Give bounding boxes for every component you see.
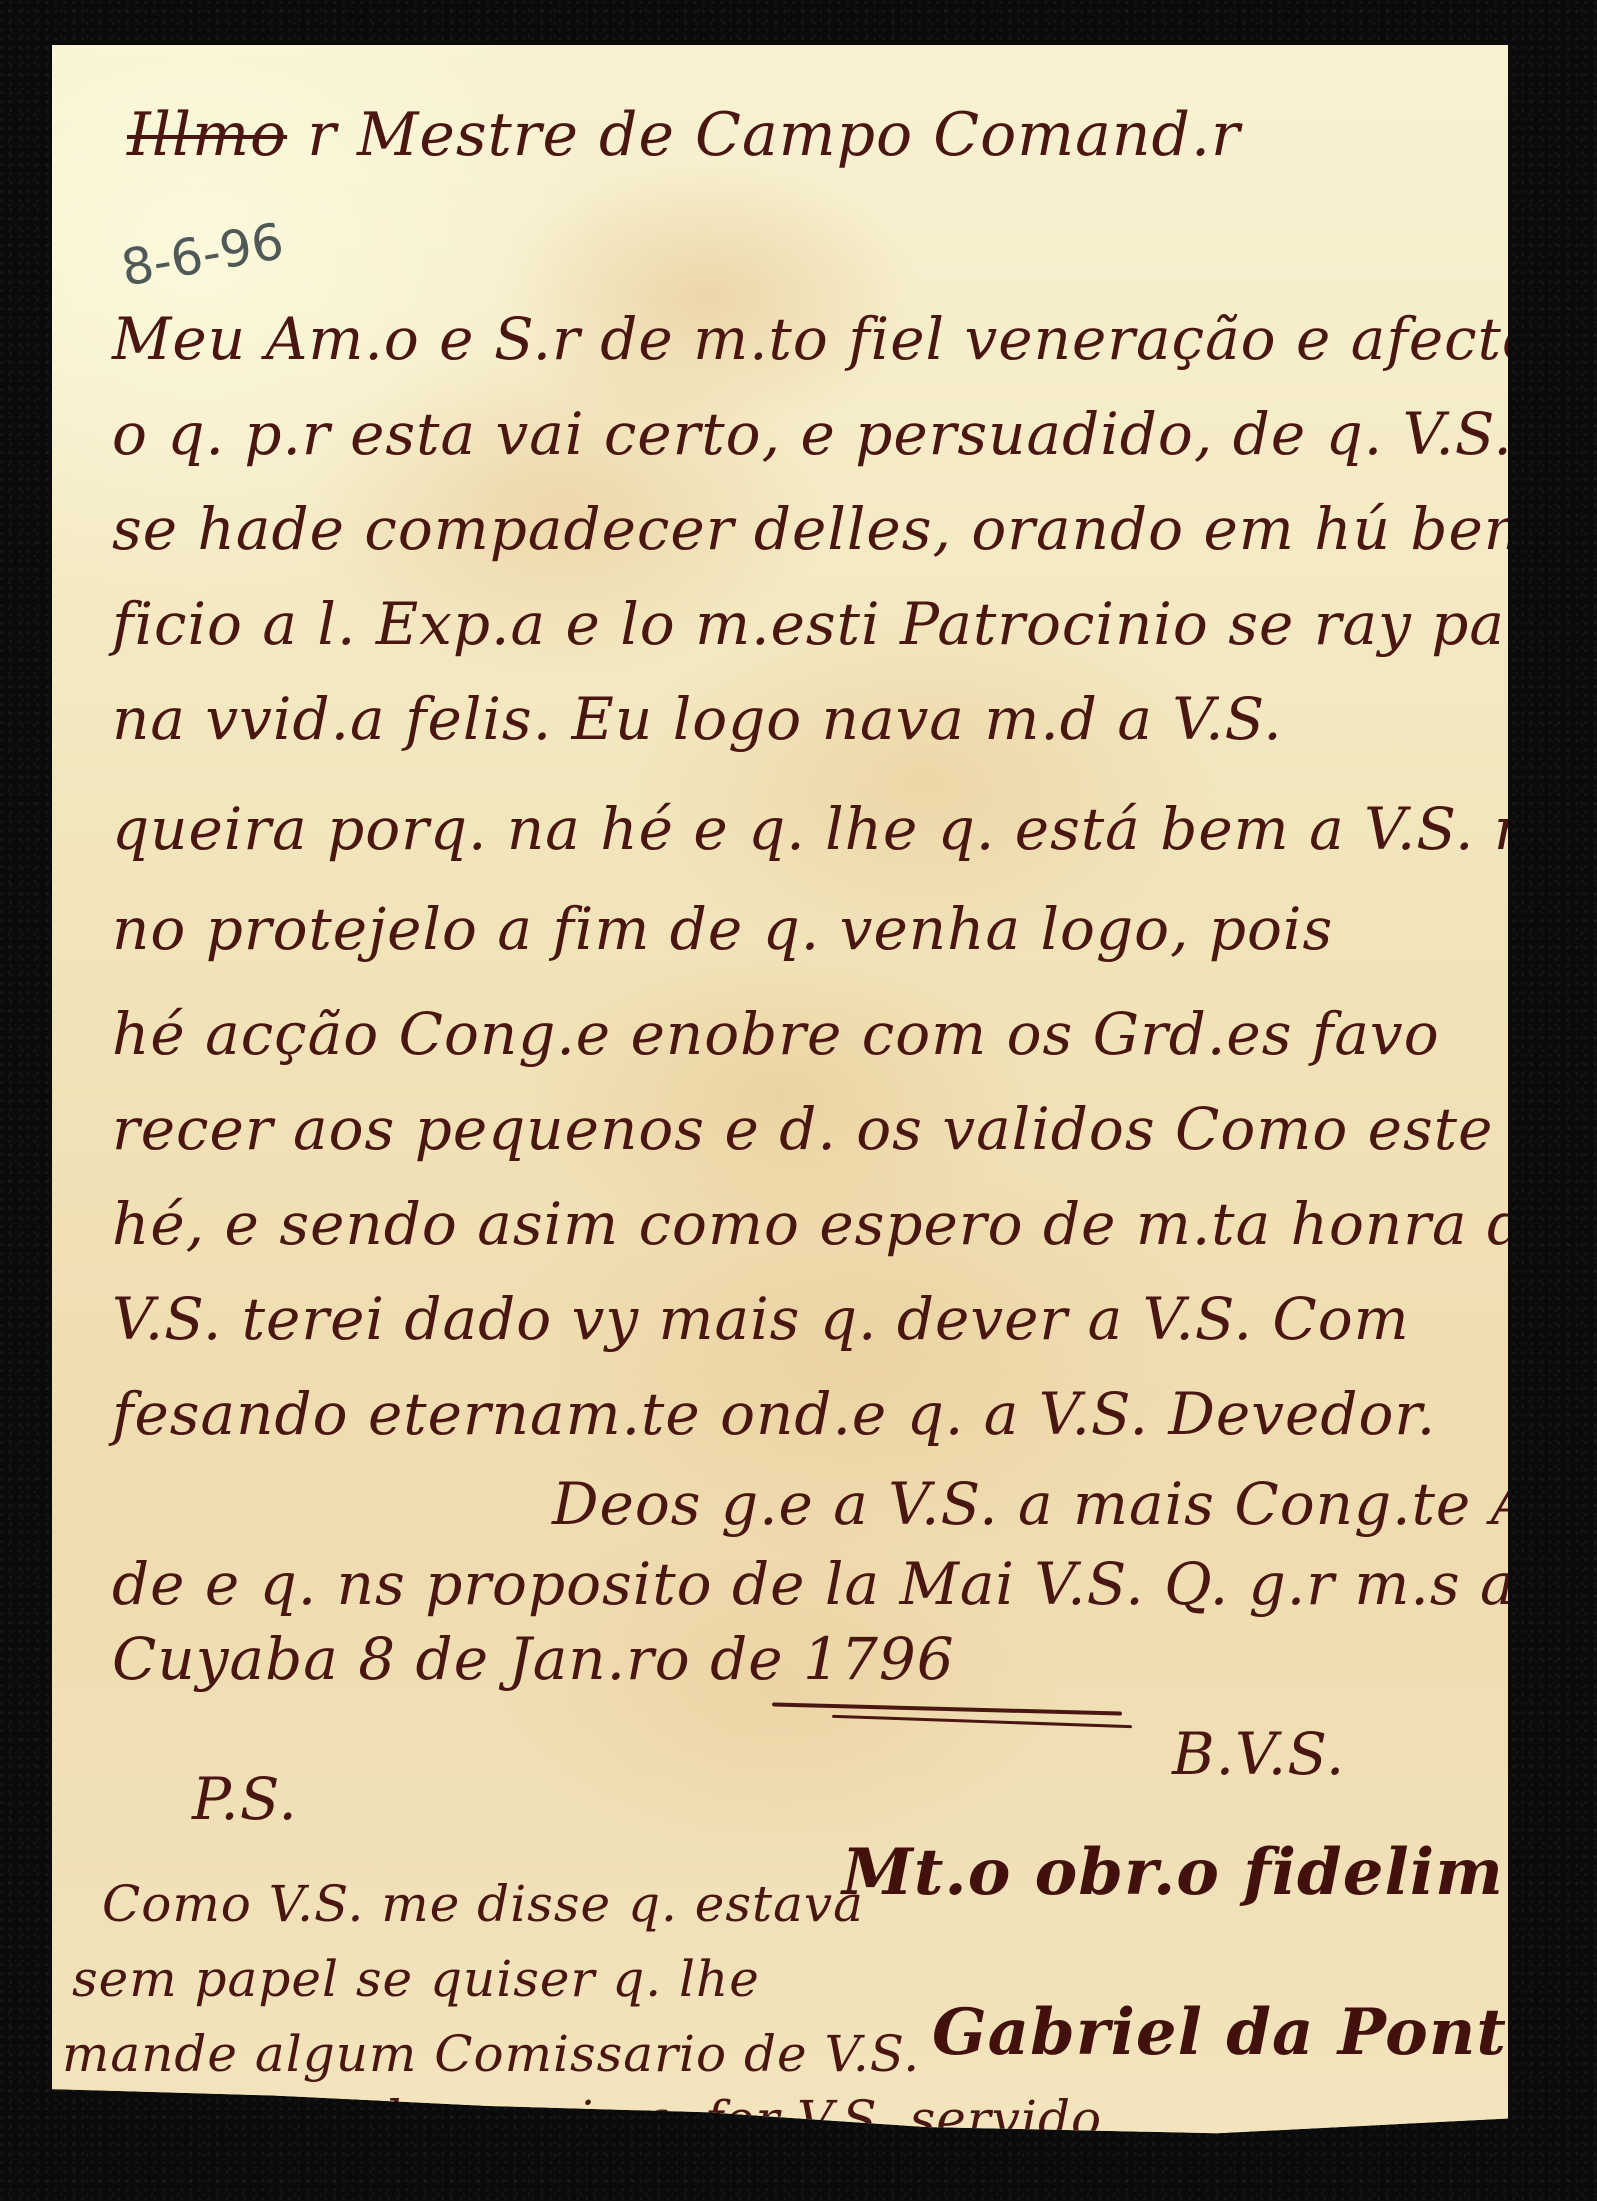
body-line-8: hé acção Cong.e enobre com os Grd.es fav… bbox=[112, 1000, 1440, 1068]
signature-closing: Mt.o obr.o fidelim.o Criad.o bbox=[842, 1835, 1597, 1910]
postscript-line-4: offreci, e tudo o mais q. for V.S. servi… bbox=[62, 2090, 1102, 2148]
date-underline-2 bbox=[832, 1715, 1132, 1728]
struck-prefix: Illmo bbox=[127, 100, 287, 170]
letter-paper: Illmo r Mestre de Campo Comand.r 8-6-96 … bbox=[52, 45, 1508, 2148]
closing-abbreviation: B.V.S. bbox=[1172, 1720, 1345, 1788]
postscript-line-1: Como V.S. me disse q. estava bbox=[102, 1875, 864, 1933]
postscript-marker: P.S. bbox=[192, 1765, 298, 1833]
body-line-7: no protejelo a fim de q. venha logo, poi… bbox=[112, 895, 1333, 963]
closing-line-1: Deos g.e a V.S. a mais Cong.te Ace bbox=[552, 1470, 1597, 1538]
postscript-line-2: sem papel se quiser q. lhe bbox=[72, 1950, 760, 2008]
body-line-1: Meu Am.o e S.r de m.to fiel veneração e … bbox=[112, 305, 1538, 373]
body-line-12: fesando eternam.te ond.e q. a V.S. Deved… bbox=[112, 1380, 1436, 1448]
body-line-3: se hade compadecer delles, orando em hú … bbox=[112, 495, 1558, 563]
signature-name: Gabriel da Ponte bbox=[932, 1995, 1549, 2070]
body-line-9: recer aos pequenos e d. os validos Como … bbox=[112, 1095, 1493, 1163]
salutation-text: r Mestre de Campo Comand.r bbox=[307, 100, 1241, 170]
body-line-2: o q. p.r esta vai certo, e persuadido, d… bbox=[112, 400, 1513, 468]
body-line-5: na vvid.a felis. Eu logo nava m.d a V.S. bbox=[112, 685, 1283, 753]
body-line-6: queira porq. na hé e q. lhe q. está bem … bbox=[112, 795, 1597, 863]
closing-line-3-date: Cuyaba 8 de Jan.ro de 1796 bbox=[112, 1625, 955, 1693]
closing-line-2: de e q. ns proposito de la Mai V.S. Q. g… bbox=[112, 1550, 1566, 1618]
pencil-date-annotation: 8-6-96 bbox=[117, 212, 288, 297]
salutation: Illmo r Mestre de Campo Comand.r bbox=[127, 100, 1241, 170]
postscript-line-3: mande algum Comissario de V.S. bbox=[62, 2025, 920, 2083]
body-line-4: ficio a l. Exp.a e lo m.esti Patrocinio … bbox=[112, 590, 1569, 658]
body-line-11: V.S. terei dado vy mais q. dever a V.S. … bbox=[112, 1285, 1410, 1353]
date-underline bbox=[772, 1702, 1122, 1715]
body-line-10: hé, e sendo asim como espero de m.ta hon… bbox=[112, 1190, 1560, 1258]
